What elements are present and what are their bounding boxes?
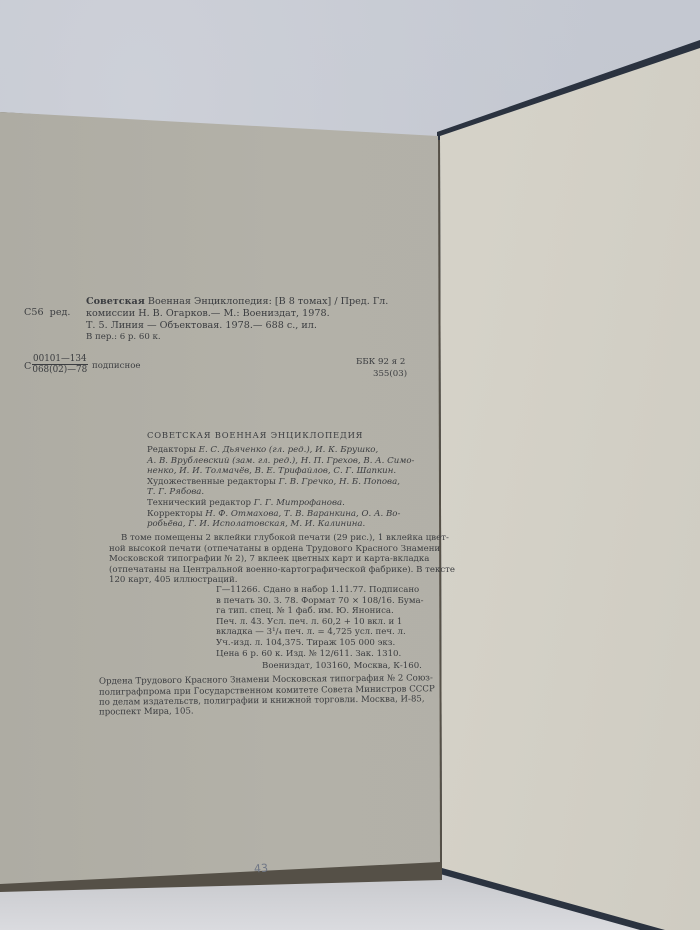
print-data-line: Печ. л. 43. Усл. печ. л. 60,2 + 10 вкл. … bbox=[216, 617, 402, 628]
inserts-line: 120 карт, 405 иллюстраций. bbox=[109, 575, 238, 586]
pencil-page-mark: 43 bbox=[254, 862, 269, 876]
bbk-code: ББК 92 я 2 bbox=[356, 357, 405, 368]
udc-code: 355(03) bbox=[373, 369, 407, 380]
print-data-line: га тип. спец. № 1 фаб. им. Ю. Янониса. bbox=[216, 606, 394, 617]
editor-line: ненко, И. И. Толмачёв, В. Е. Трифайлов, … bbox=[147, 466, 396, 477]
catalog-code: С56 ред. bbox=[24, 307, 70, 319]
editor-line: Художественные редакторы Г. В. Гречко, Н… bbox=[147, 477, 400, 488]
editor-names: робьёва, Г. И. Исполатовская, М. И. Кали… bbox=[147, 519, 365, 529]
editor-line: А. В. Врублевский (зам. гл. ред.), Н. П.… bbox=[147, 456, 414, 467]
catalog-price: В пер.: 6 р. 60 к. bbox=[86, 332, 161, 343]
editor-names: А. В. Врублевский (зам. гл. ред.), Н. П.… bbox=[147, 456, 414, 466]
editor-line: Т. Г. Рябова. bbox=[147, 487, 204, 498]
inserts-line: Московской типографии № 2), 7 вклеек цве… bbox=[109, 554, 429, 565]
editor-line: Редакторы Е. С. Дьяченко (гл. ред.), И. … bbox=[147, 445, 378, 456]
editor-names: Т. Г. Рябова. bbox=[147, 487, 204, 497]
index-denominator: 068(02)—78 bbox=[32, 365, 87, 375]
editor-names: Е. С. Дьяченко (гл. ред.), И. К. Брушко, bbox=[199, 445, 379, 455]
editor-role: Корректоры bbox=[147, 509, 203, 519]
index-fraction: 00101—134 068(02)—78 bbox=[32, 354, 88, 375]
index-numerator: 00101—134 bbox=[32, 354, 88, 365]
editor-line: Корректоры Н. Ф. Отмахова, Т. В. Варанки… bbox=[147, 509, 400, 520]
print-data-line: Цена 6 р. 60 к. Изд. № 12/611. Зак. 1310… bbox=[216, 649, 401, 660]
encyclopedia-heading: СОВЕТСКАЯ ВОЕННАЯ ЭНЦИКЛОПЕДИЯ bbox=[147, 430, 363, 442]
editor-names: ненко, И. И. Толмачёв, В. Е. Трифайлов, … bbox=[147, 466, 396, 476]
editor-names: Н. Ф. Отмахова, Т. В. Варанкина, О. А. В… bbox=[205, 509, 400, 519]
subscription-note: подписное bbox=[92, 361, 140, 372]
editor-role: Художественные редакторы bbox=[147, 477, 276, 487]
printer-line: проспект Мира, 105. bbox=[99, 706, 194, 718]
catalog-line-3: Т. 5. Линия — Объектовая. 1978.— 688 с.,… bbox=[86, 320, 317, 332]
inserts-line: (отпечатаны на Центральной военно-картог… bbox=[109, 565, 455, 576]
print-data-line: Г—11266. Сдано в набор 1.11.77. Подписан… bbox=[216, 585, 419, 596]
publisher-address: Воениздат, 103160, Москва, К-160. bbox=[262, 661, 422, 672]
editor-role: Технический редактор bbox=[147, 498, 251, 508]
print-data-line: вкладка — 3¹/₄ печ. л. = 4,725 усл. печ.… bbox=[216, 627, 406, 638]
print-data-line: в печать 30. 3. 78. Формат 70 × 108/16. … bbox=[216, 596, 424, 607]
inserts-line: ной высокой печати (отпечатаны в ордена … bbox=[109, 544, 440, 555]
print-data-line: Уч.-изд. л. 104,375. Тираж 105 000 экз. bbox=[216, 638, 395, 649]
editor-line: робьёва, Г. И. Исполатовская, М. И. Кали… bbox=[147, 519, 365, 530]
catalog-line-1: Советская Военная Энциклопедия: [В 8 том… bbox=[86, 296, 388, 308]
inserts-line: В томе помещены 2 вклейки глубокой печат… bbox=[121, 533, 449, 544]
index-prefix: С bbox=[24, 361, 31, 373]
editor-names: Г. В. Гречко, Н. Б. Попова, bbox=[279, 477, 400, 487]
editor-role: Редакторы bbox=[147, 445, 196, 455]
editor-line: Технический редактор Г. Г. Митрофанова. bbox=[147, 498, 345, 509]
catalog-line-2: комиссии Н. В. Огарков.— М.: Воениздат, … bbox=[86, 308, 330, 320]
editor-names: Г. Г. Митрофанова. bbox=[254, 498, 345, 508]
